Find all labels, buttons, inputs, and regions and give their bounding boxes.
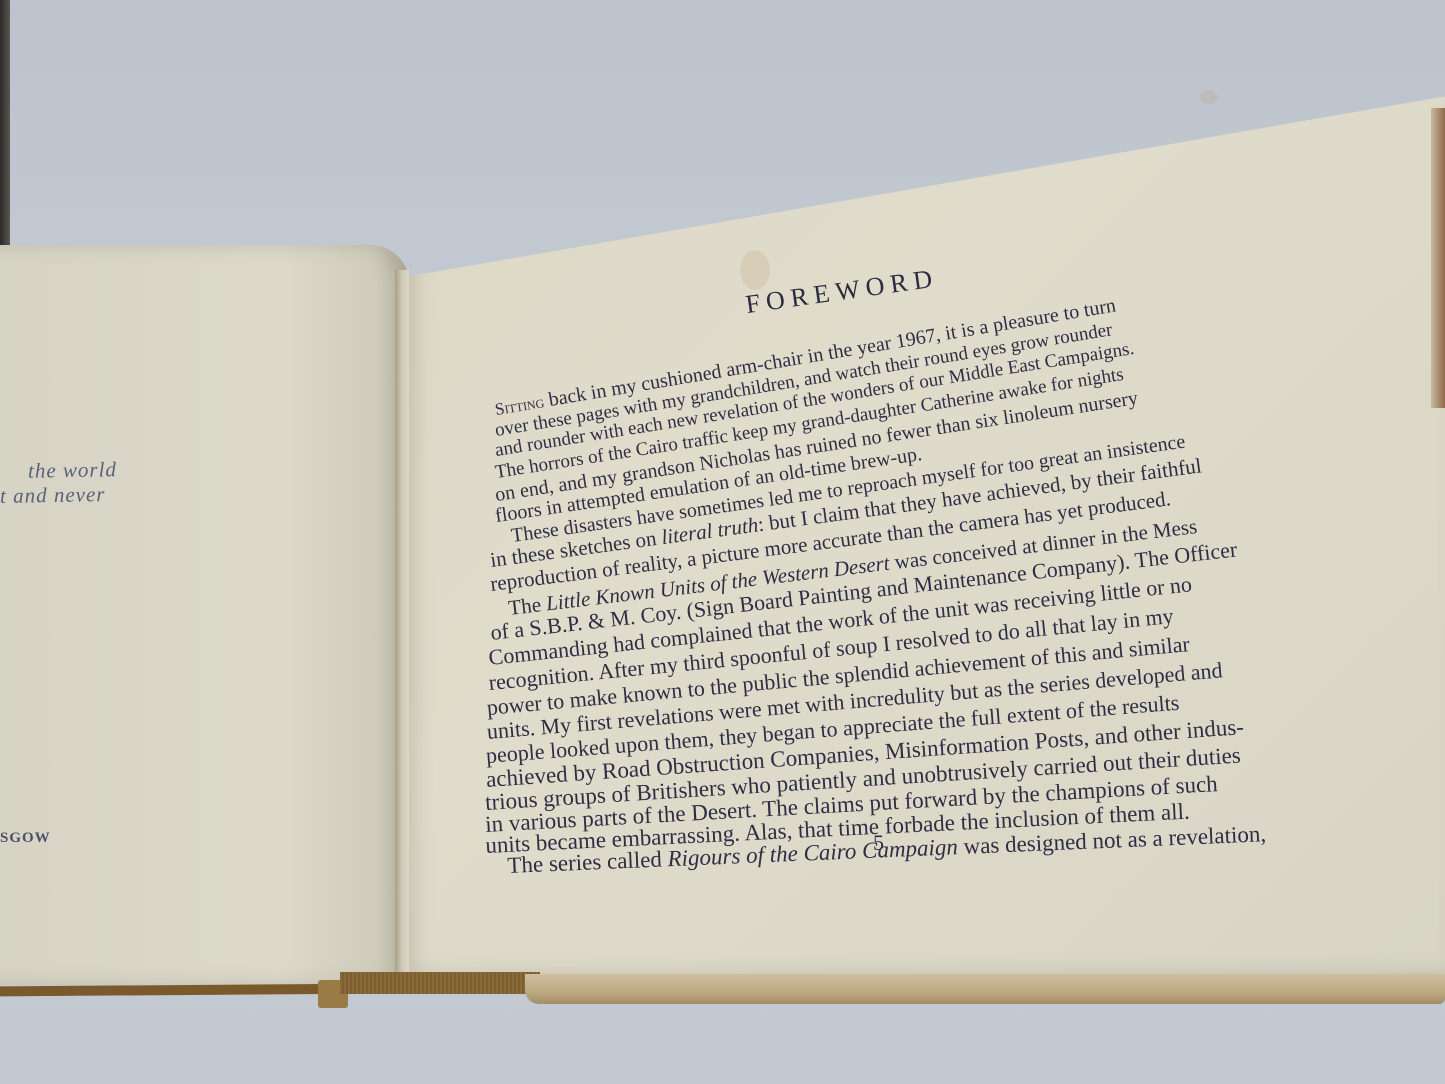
left-verse-line-2: t and never [0, 482, 106, 509]
photo-scene: the world t and never SGOW FOREWORD Sitt… [0, 0, 1445, 1084]
book-gutter [395, 270, 409, 980]
left-page [0, 245, 410, 985]
spine-cloth [340, 972, 540, 994]
foxing-stain [740, 250, 770, 290]
left-verse-line-1: the world [28, 457, 117, 484]
dust-jacket-roll [525, 974, 1445, 1004]
foxing-stain [1200, 90, 1218, 104]
page-number: 5 [873, 830, 884, 856]
left-imprint: SGOW [0, 830, 51, 847]
cover-edge [1431, 108, 1445, 408]
